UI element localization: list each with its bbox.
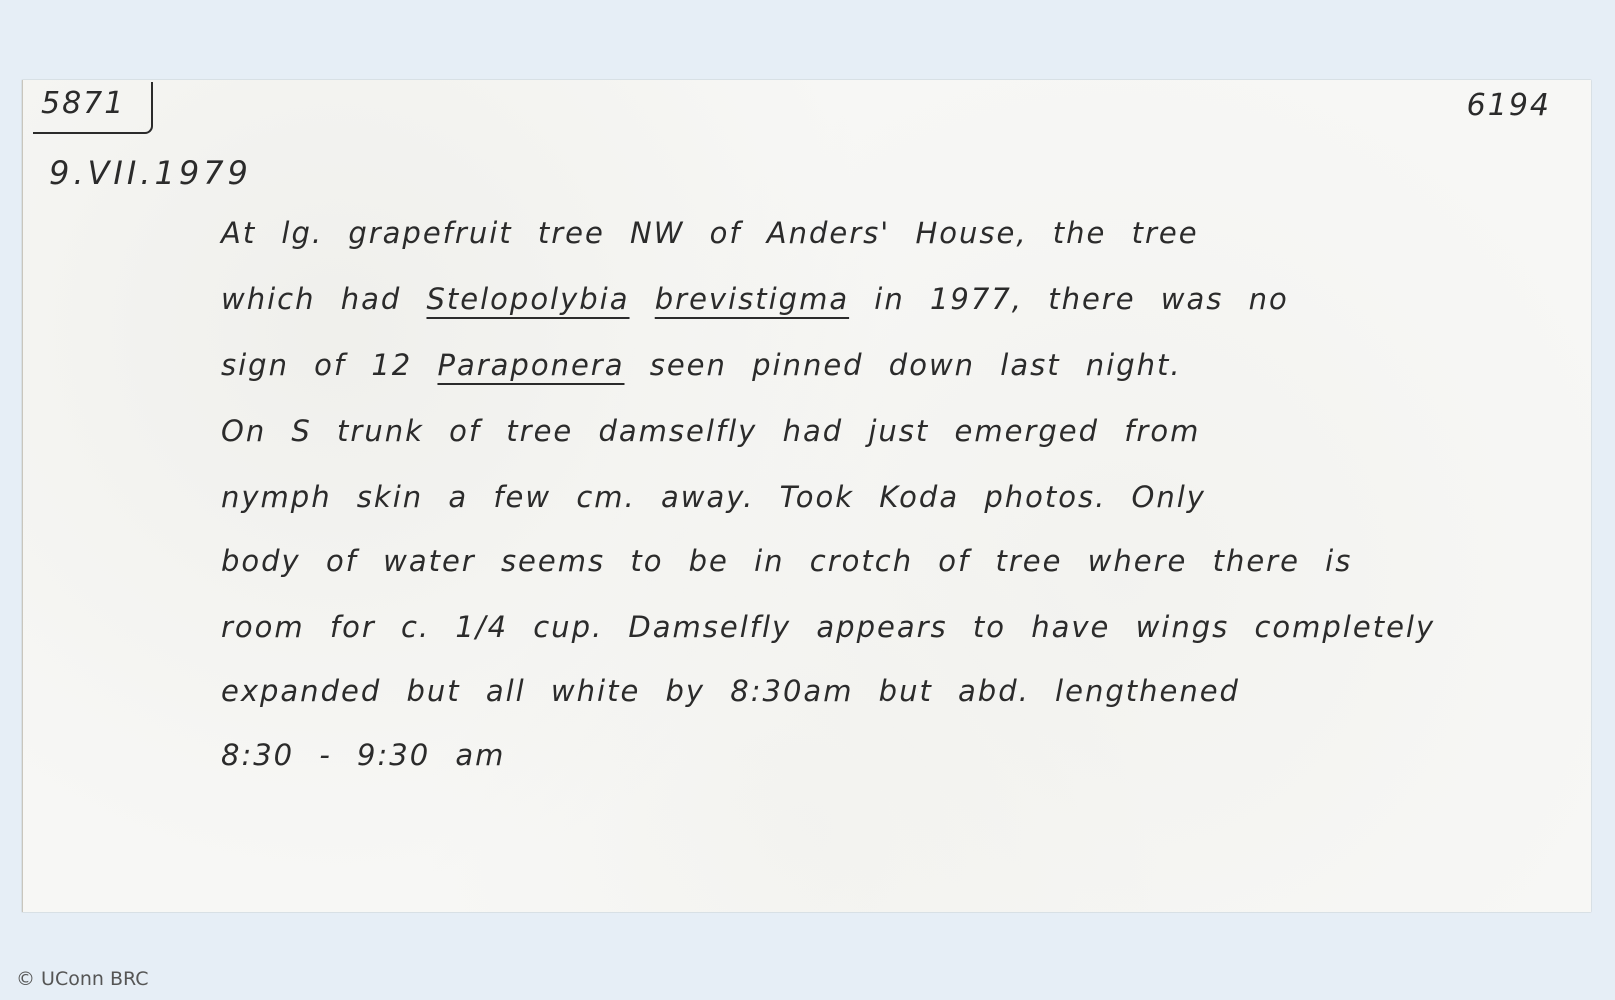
- genus-name: Paraponera: [437, 348, 624, 382]
- note-line-4: On S trunk of tree damselfly had just em…: [221, 414, 1200, 448]
- note-line-6: body of water seems to be in crotch of t…: [221, 544, 1352, 578]
- field-note-card: 5871 6194 9.VII.1979 At lg. grapefruit t…: [22, 80, 1591, 912]
- species-name: brevistigma: [655, 282, 849, 316]
- catalog-number: 5871: [41, 86, 125, 121]
- note-text: in 1977, there was no: [849, 282, 1289, 316]
- note-line-3: sign of 12 Paraponera seen pinned down l…: [221, 348, 1182, 382]
- note-line-2: which had Stelopolybia brevistigma in 19…: [221, 282, 1289, 316]
- note-text: seen pinned down last night.: [625, 348, 1182, 382]
- reference-number: 6194: [1467, 88, 1551, 123]
- note-line-8: expanded but all white by 8:30am but abd…: [221, 674, 1240, 708]
- genus-name: Stelopolybia: [426, 282, 629, 316]
- note-text: which had: [221, 282, 426, 316]
- note-text: [630, 282, 655, 316]
- note-line-1: At lg. grapefruit tree NW of Anders' Hou…: [221, 216, 1199, 250]
- note-text: sign of 12: [221, 348, 437, 382]
- note-date: 9.VII.1979: [49, 154, 252, 192]
- copyright-notice: © UConn BRC: [16, 968, 149, 990]
- note-line-9: 8:30 - 9:30 am: [221, 738, 505, 772]
- note-line-5: nymph skin a few cm. away. Took Koda pho…: [221, 480, 1206, 514]
- note-line-7: room for c. 1/4 cup. Damselfly appears t…: [221, 610, 1435, 644]
